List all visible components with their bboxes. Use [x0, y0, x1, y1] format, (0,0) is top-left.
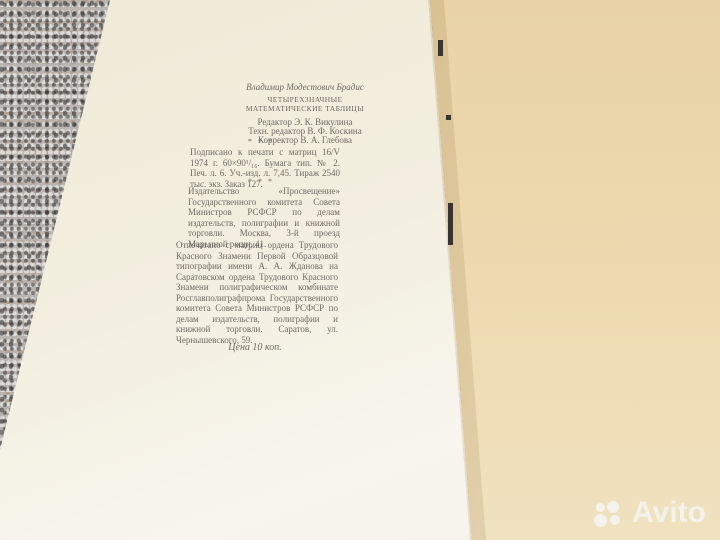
- avito-dots-icon: [594, 499, 628, 527]
- author-name: Владимир Модестович Брадис: [200, 82, 410, 93]
- binding-tab: [448, 203, 453, 245]
- printer-info: Отпечатано с матриц ордена Трудового Кра…: [176, 240, 338, 345]
- avito-watermark: Avito: [594, 496, 706, 530]
- avito-brand-text: Avito: [632, 496, 706, 530]
- separator: * * *: [248, 137, 274, 146]
- binding-tab: [438, 40, 443, 56]
- separator: * * *: [248, 177, 274, 186]
- credit-proofreader: Корректор В. А. Глебова: [200, 135, 410, 146]
- price: Цена 10 коп.: [200, 343, 310, 354]
- book-title-line2: МАТЕМАТИЧЕСКИЕ ТАБЛИЦЫ: [200, 104, 410, 115]
- binding-tab: [446, 115, 451, 120]
